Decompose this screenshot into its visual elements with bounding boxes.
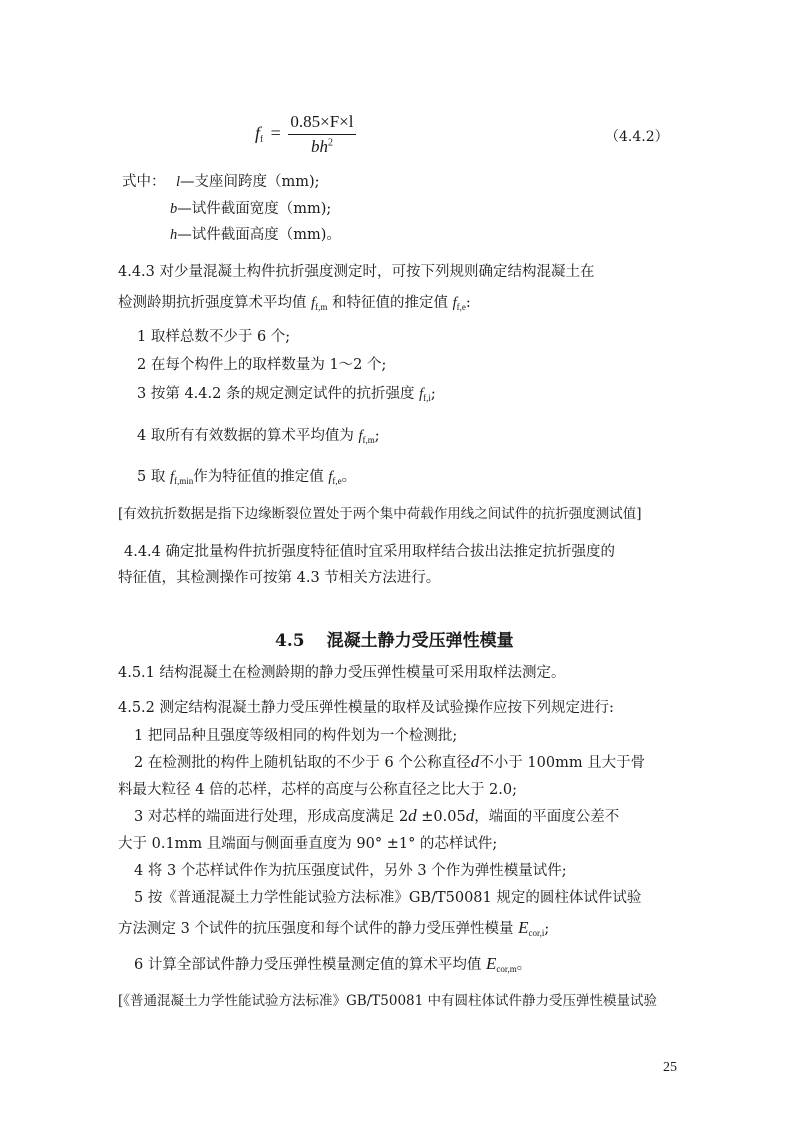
clause-4-5-2-item-1: 1 把同品种且强度等级相同的构件划为一个检测批; (134, 724, 457, 745)
clause-4-4-3-line2: 检测龄期抗折强度算术平均值 ff,m 和特征值的推定值 ff,e: (118, 291, 471, 312)
list-item-3: 3 按第 4.4.2 条的规定测定试件的抗折强度 ff,i; (137, 382, 436, 403)
where-item-h: h—试件截面高度（mm)。 (170, 223, 341, 244)
clause-4-4-3-line1: 4.4.3 对少量混凝土构件抗折强度测定时，可按下列规则确定结构混凝土在 (118, 260, 595, 281)
where-label: 式中： (122, 170, 166, 191)
clause-4-5-2-item-3-cont: 大于 0.1mm 且端面与侧面垂直度为 90° ±1° 的芯样试件; (118, 832, 497, 853)
where-item-b: b—试件截面宽度（mm); (170, 197, 331, 218)
clause-4-5-2-item-6: 6 计算全部试件静力受压弹性模量测定值的算术平均值 Ecor,m。 (134, 953, 531, 974)
clause-4-5-2-item-3: 3 对芯样的端面进行处理，形成高度满足 2d ±0.05d，端面的平面度公差不 (134, 805, 619, 826)
formula-4-4-2: ff = 0.85×F×l bh2 (255, 112, 356, 157)
formula-number: （4.4.2） (605, 126, 669, 146)
section-title: 混凝土静力受压弹性模量 (327, 631, 514, 651)
clause-4-5-2-item-2: 2 在检测批的构件上随机钻取的不少于 6 个公称直径d不小于 100mm 且大于… (134, 751, 645, 772)
clause-4-5-2-item-5: 5 按《普通混凝土力学性能试验方法标准》GB/T50081 规定的圆柱体试件试验 (134, 886, 641, 907)
where-item-l: l—支座间跨度（mm); (176, 170, 320, 191)
equals-sign: = (271, 123, 281, 143)
clause-4-5-2-item-2-cont: 料最大粒径 4 倍的芯样，芯样的高度与公称直径之比大于 2.0; (118, 778, 517, 799)
formula-fraction: 0.85×F×l bh2 (288, 112, 355, 157)
formula-denominator: bh2 (288, 135, 355, 157)
note-gbt50081: [《普通混凝土力学性能试验方法标准》GB/T50081 中有圆柱体试件静力受压弹… (118, 989, 657, 1009)
page-number: 25 (663, 1060, 677, 1076)
formula-numerator: 0.85×F×l (288, 112, 355, 135)
list-item-4: 4 取所有有效数据的算术平均值为 ff,m; (137, 424, 380, 445)
section-number: 4.5 (275, 631, 305, 651)
note-valid-data: [有效抗折数据是指下边缘断裂位置处于两个集中荷载作用线之间试件的抗折强度测试值] (118, 502, 642, 522)
formula-lhs: ff (255, 123, 263, 143)
clause-4-5-2-item-4: 4 将 3 个芯样试件作为抗压强度试件，另外 3 个作为弹性模量试件; (134, 859, 567, 880)
list-item-1: 1 取样总数不少于 6 个; (137, 325, 290, 346)
list-item-5: 5 取 ff,min作为特征值的推定值 ff,e。 (137, 465, 356, 486)
clause-4-5-2: 4.5.2 测定结构混凝土静力受压弹性模量的取样及试验操作应按下列规定进行: (118, 696, 614, 717)
clause-4-5-2-item-5-cont: 方法测定 3 个试件的抗压强度和每个试件的静力受压弹性模量 Ecor,i; (118, 917, 549, 938)
list-item-2: 2 在每个构件上的取样数量为 1～2 个; (137, 353, 386, 374)
clause-4-4-4-line1: 4.4.4 确定批量构件抗折强度特征值时宜采用取样结合拔出法推定抗折强度的 (124, 540, 615, 561)
clause-4-4-4-line2: 特征值，其检测操作可按第 4.3 节相关方法进行。 (118, 566, 440, 587)
section-heading: 4.5混凝土静力受压弹性模量 (275, 626, 514, 651)
clause-4-5-1: 4.5.1 结构混凝土在检测龄期的静力受压弹性模量可采用取样法测定。 (118, 661, 566, 682)
